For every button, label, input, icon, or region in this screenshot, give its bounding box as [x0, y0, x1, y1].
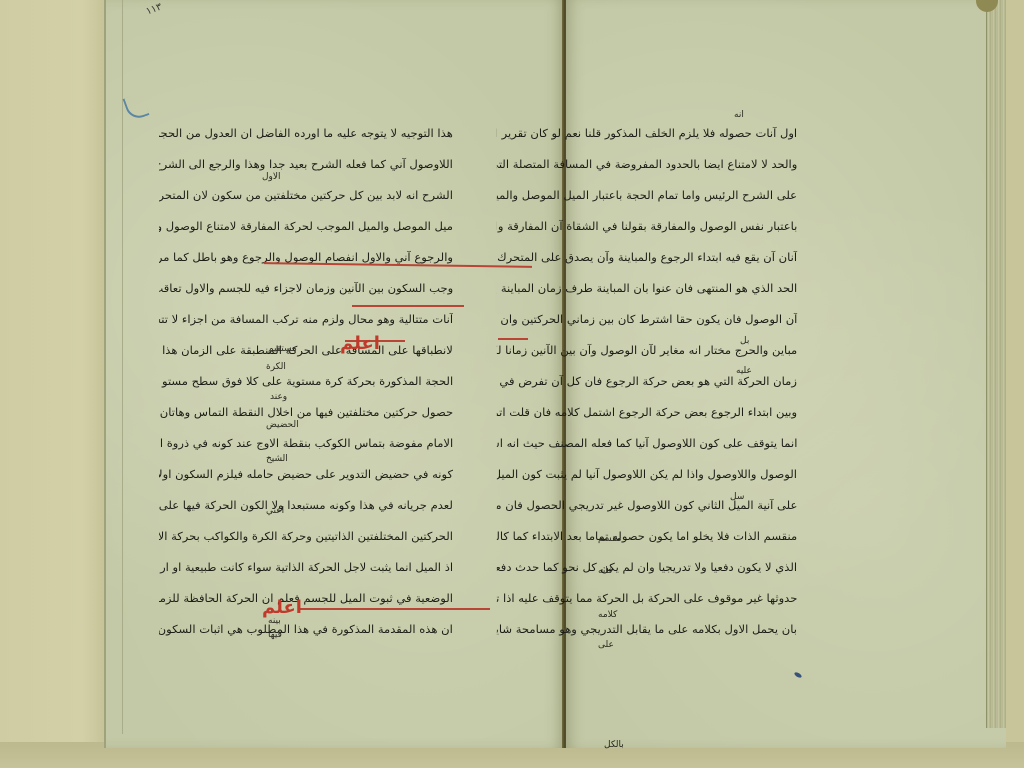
text-line: الذي لا يكون دفعيا ولا تدريجيا وان لم يك… [497, 552, 797, 583]
text-line: والحد لا لامتناع ايضا بالحدود المفروضة ف… [497, 149, 797, 180]
text-line: الشرح انه لابد بين كل حركتين مختلفتين من… [159, 180, 453, 211]
text-line: آنات متتالية وهو محال ولزم منه تركب المس… [159, 304, 453, 335]
margin-note: انه [734, 110, 744, 120]
rubric-overline [300, 608, 490, 610]
margin-note: فانه [598, 566, 612, 576]
text-line: آنان آن يقع فيه ابتداء الرجوع والمباينة … [497, 242, 797, 273]
margin-note: اعني [266, 506, 284, 516]
margin-note: الكرة [266, 362, 286, 372]
text-line: على الشرح الرئيس واما تمام الحجة باعتبار… [497, 180, 797, 211]
margin-note: كلامه [598, 610, 617, 620]
text-line: لعدم جريانه في هذا وكونه مستبعدا ولا الك… [159, 490, 453, 521]
text-line: الحجة المذكورة بحركة كرة مستوية على كلا … [159, 366, 453, 397]
text-line: حدوثها غير موقوف على الحركة بل الحركة مم… [497, 583, 797, 614]
rubric-heading: اعلم [262, 597, 302, 618]
text-line: بان يحمل الاول بكلامه على ما يقابل التدر… [497, 614, 797, 645]
text-line: ميل الموصل والميل الموجب لحركة المفارقة … [159, 211, 453, 242]
rubric-overline [352, 305, 464, 307]
page-edges [986, 0, 1006, 728]
margin-note: الاول [262, 172, 281, 182]
margin-note: الحضيض [266, 420, 299, 430]
text-line: لانطباقها على المسافة على الحركة المنطبق… [159, 335, 453, 366]
text-line: انما يتوقف على كون اللاوصول آنيا كما فعل… [497, 428, 797, 459]
left-page-text: هذا التوجيه لا يتوجه عليه ما اورده الفاض… [166, 118, 446, 645]
text-line: وبين ابتداء الرجوع بعض حركة الرجوع اشتمل… [497, 397, 797, 428]
margin-note: بينه [268, 616, 281, 626]
text-line: الحركتين المختلفتين الذاتيتين وحركة الكر… [159, 521, 453, 552]
text-line: كونه في حضيض التدوير على حضيض حامله فيلز… [159, 459, 453, 490]
margin-note: مقسم [598, 534, 621, 544]
margin-note: وعند [270, 392, 287, 402]
text-line: وجب السكون بين الآنين وزمان لاجزاء فيه ل… [159, 273, 453, 304]
rubric-heading: اعلم [340, 333, 380, 354]
text-line: باعتبار نفس الوصول والمفارقة بقولنا في ا… [497, 211, 797, 242]
text-line: الامام مفوضة بتماس الكوكب بنقطة الاوج عن… [159, 428, 453, 459]
text-line: ان هذه المقدمة المذكورة في هذا المطلوب ه… [159, 614, 453, 645]
text-line: اول آنات حصوله فلا يلزم الخلف المذكور قل… [497, 118, 797, 149]
text-line: هذا التوجيه لا يتوجه عليه ما اورده الفاض… [159, 118, 453, 149]
text-line: مباين والحرج مختار انه مغاير لآن الوصول … [497, 335, 797, 366]
margin-note: بل [740, 336, 749, 346]
text-line: منقسم الذات فلا يخلو اما يكون حصوله تمام… [497, 521, 797, 552]
text-line: اللاوصول آني كما فعله الشرح بعيد جدا وهذ… [159, 149, 453, 180]
margin-note: الشيخ [266, 454, 288, 464]
text-line: حصول حركتين مختلفتين فيها من اخلال النقط… [159, 397, 453, 428]
text-line: والرجوع آني والاول انفصام الوصول والرجوع… [159, 242, 453, 273]
text-line: الوصول واللاوصول واذا لم يكن اللاوصول آن… [497, 459, 797, 490]
margin-note: على [598, 640, 614, 650]
text-line: زمان الحركة التي هو بعض حركة الرجوع فان … [497, 366, 797, 397]
text-line: الحد الذي هو المنتهى فان عنوا بان المباي… [497, 273, 797, 304]
margin-note: عليه [736, 366, 752, 376]
text-line: على آنية الميل الثاني كون اللاوصول غير ت… [497, 490, 797, 521]
margin-note: سل [730, 492, 744, 502]
text-line: آن الوصول فان يكون حقا اشترط كان بين زما… [497, 304, 797, 335]
text-line: اذ الميل انما يثبت لاجل الحركة الذاتية س… [159, 552, 453, 583]
margin-note: مستقيم [268, 344, 297, 354]
catchword: بالكل [604, 740, 624, 750]
margin-note: فيها [268, 630, 282, 640]
right-page-text: اول آنات حصوله فلا يلزم الخلف المذكور قل… [504, 118, 790, 645]
